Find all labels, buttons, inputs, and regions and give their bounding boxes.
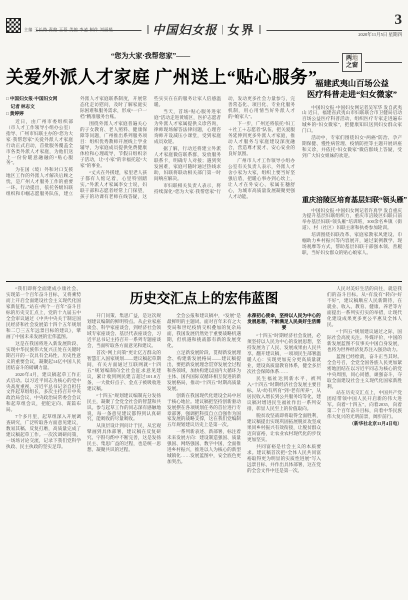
- issue-date: 2020年11月5日 星期四: [358, 32, 402, 38]
- paragraph: “十四五”规划建议编制充分发扬民主，凝聚了全党全社会的智慧和共识。参与起草工作的…: [87, 393, 161, 423]
- xinhua-credit: （新华社北京11月4日电）: [327, 421, 402, 427]
- masthead-brand: 中国妇女报: [152, 21, 217, 38]
- sidebar-column: 两地 之窗 福建武夷山百场公益 医疗科普走进“妇女微家” 中国妇女报·中国妇女网…: [302, 50, 402, 274]
- paragraph: 开门问策、集思广益，是这次规划建议编制的鲜明特点。从企业家座谈会、科学家座谈会，…: [87, 313, 161, 349]
- article-kicker: “您为大家·我帮您家”——: [6, 51, 295, 61]
- sidebar-article-2-title: 重庆涪陵区培育基层妇联“领头雁”: [302, 195, 402, 205]
- bottom-column-1: “我们即将全面建成小康社会、实现第一个百年奋斗目标，又将乘势而上开启全面建设社会…: [6, 286, 81, 598]
- label-line-right: [365, 62, 402, 63]
- page-header: 主编 王长路 责编 王蓓 美编 李凌 制作 刘丽媛 中国妇女报 | 女界 3 2…: [6, 13, 402, 45]
- paragraph: 当天，首场“贴心服务进家庭”活动走进黄埔区，医护志愿者为外派人才家属提供义诊咨询…: [154, 109, 221, 145]
- qr-code-icon: [6, 18, 21, 33]
- top-row: “您为大家·我帮您家”—— 关爱外派人才家庭 广州送上“贴心服务” □ 中国妇女…: [6, 50, 402, 274]
- masthead-divider: |: [221, 24, 223, 35]
- paragraph: 共同富裕是社会主义的本质要求。建议稿首次把“全体人民共同富裕取得更为明显的实质性…: [247, 444, 321, 474]
- masthead: 中国妇女报 | 女界: [141, 21, 266, 38]
- sidebar-article-2-body: 中国妇女报·中国妇女网记者许真学 发自重庆 为提升基层妇联组织力，重庆市涪陵区妇…: [302, 208, 402, 268]
- sidebar-label: 两地 之窗: [302, 53, 402, 72]
- paragraph: “十四五”规划建议通过之际，国际社会高度关注。外媒评价，中国的新发展蓝图不仅事关…: [327, 329, 402, 353]
- paragraph: 一系列新表述、新部署，标注着未来发展方向：建设制造强国、质量强国、网络强国、数字…: [167, 429, 241, 465]
- masthead-tick-right: [260, 25, 261, 34]
- sidebar-label-box: 两地 之窗: [342, 53, 362, 72]
- paragraph: “我们即将全面建成小康社会、实现第一个百年奋斗目标，又将乘势而上开启全面建设社会…: [6, 286, 81, 340]
- bottom-subhead: 永葆初心使命，坚持以人民为中心的发展思想，不断满足人民美好生活需要: [247, 313, 321, 331]
- paragraph: 立足新发展阶段、贯彻新发展理念、构建新发展格局——建议稿提出，要把新发展理念贯穿…: [167, 350, 241, 392]
- paragraph: 7个多月里，起草组深入开展调查研究，广泛听取各方面意见建议，数易其稿、反复打磨，…: [6, 414, 81, 450]
- sidebar-article-1-body: 中国妇女报·中国妇女网记者吴军华 发自武夷山 近日，福建省武夷山市妇联联合市卫健…: [302, 105, 402, 189]
- paragraph: 中国妇女报·中国妇女网记者许真学 发自重庆 为提升基层妇联组织力，重庆市涪陵区妇…: [302, 208, 402, 232]
- paragraph: □ 黄婷婷: [6, 111, 73, 117]
- paragraph: 培训围绕妇联改革、家庭家教家风建设、巾帼助力乡村振兴等内容展开，通过案例教学、现…: [302, 232, 402, 256]
- paragraph: 据了解，行动还将建立外派人才家庭微信联系群，发放服务联系卡，明确专人对接；遇到突…: [154, 146, 221, 182]
- main-article-body: □ 中国妇女报·中国妇女网 记者 林志文□ 黄婷婷 近日，由广州市委组织部（市人…: [6, 96, 295, 274]
- newspaper-page: 主编 王长路 责编 王蓓 美编 李凌 制作 刘丽媛 中国妇女报 | 女界 3 2…: [0, 0, 408, 600]
- paragraph: 蓝图已经绘就，奋斗正当其时。全会号召，全党全国各族人民更加紧密地团结在以习近平同…: [327, 354, 402, 390]
- bottom-column-4: 永葆初心使命，坚持以人民为中心的发展思想，不断满足人民美好生活需要 “十四五”时…: [247, 313, 321, 598]
- bottom-middle: 历史交汇点上的宏伟蓝图 开门问策、集思广益，是这次规划建议编制的鲜明特点。从企业…: [87, 286, 321, 598]
- label-row2: 之窗: [346, 63, 358, 69]
- paragraph: 中国妇女报·中国妇女网记者吴军华 发自武夷山 近日，福建省武夷山市妇联联合市卫健…: [302, 105, 402, 135]
- paragraph: 从顶层设计到问计于民，从宏观擘画到具体部署，建议稿在反复研究、字斟句酌中不断完善…: [87, 423, 161, 453]
- bottom-column-4-text: “十四五”时期经济社会发展，必须坚持以人民为中心的发展思想，坚持发展为了人民、发…: [247, 333, 321, 473]
- paragraph: 这是在我国将进入新发展阶段、实现中华民族伟大复兴正处在关键时期召开的一次具有全局…: [6, 341, 81, 371]
- paragraph: 人民对美好生活的向往，就是我们的奋斗目标。从“有没有”转向“好不好”，建议稿顺应…: [327, 286, 402, 328]
- bottom-article: “我们即将全面建成小康社会、实现第一个百年奋斗目标，又将乘势而上开启全面建设社会…: [6, 286, 402, 598]
- bottom-column-2: 开门问策、集思广益，是这次规划建议编制的鲜明特点。从企业家座谈会、科学家座谈会，…: [87, 313, 161, 598]
- article-byline: □ 中国妇女报·中国妇女网 记者 林志文□ 黄婷婷: [6, 96, 73, 117]
- paragraph: □ 中国妇女报·中国妇女网: [6, 96, 73, 102]
- paragraph: 近日，由广州市委组织部（市人才工作领导小组办公室）指导、广州市妇联主办的“您为大…: [6, 119, 73, 167]
- paragraph: 围绕外派人才家庭普遍关心的子女教育、老人照料、健康保障等问题，广州推出系列服务项…: [80, 121, 147, 169]
- main-headline: 关爱外派人才家庭 广州送上“贴心服务”: [6, 64, 295, 89]
- bottom-column-5: 人民对美好生活的向往，就是我们的奋斗目标。从“有没有”转向“好不好”，建议稿顺应…: [327, 286, 402, 598]
- label-line-left: [302, 62, 339, 63]
- paragraph: 2020年4月，建议稿起草工作正式启动。以习近平同志为核心的党中央高度重视，习近…: [6, 372, 81, 414]
- bottom-headline: 历史交汇点上的宏伟蓝图: [87, 287, 321, 307]
- bottom-middle-columns: 开门问策、集思广益，是这次规划建议编制的鲜明特点。从企业家座谈会、科学家座谈会，…: [87, 313, 321, 598]
- paragraph: 广州市人才工作领导小组办公室有关负责人表示，外派人才舍小家为大家，组织上要当好坚…: [228, 158, 295, 200]
- sidebar-article-1-title: 福建武夷山百场公益 医疗科普走进“妇女微家”: [302, 78, 402, 100]
- paragraph: 创新在我国现代化建设全局中居于核心地位。建议稿把坚持创新驱动发展摆在各项规划任务…: [167, 393, 241, 429]
- bottom-column-5-text: 人民对美好生活的向往，就是我们的奋斗目标。从“有没有”转向“好不好”，建议稿顺应…: [327, 286, 402, 420]
- paragraph: 活动中，专家们围绕妇女“两癌”防治、孕产期保健、慢性病管理、疫情防控等主题开展讲…: [302, 135, 402, 159]
- paragraph: 下一步，广州还将依托“妇工＋社工＋志愿者”队伍，把关爱服务延伸到更多外派人才家庭…: [228, 121, 295, 157]
- label-row1: 两地: [346, 56, 358, 62]
- page-number-block: 3 2020年11月5日 星期四: [358, 13, 402, 38]
- main-article: “您为大家·我帮您家”—— 关爱外派人才家庭 广州送上“贴心服务” □ 中国妇女…: [6, 50, 295, 274]
- paragraph: “十四五”时期经济社会发展，必须坚持以人民为中心的发展思想，坚持发展为了人民、发…: [247, 333, 321, 375]
- masthead-section: 女界: [228, 21, 256, 38]
- section-divider: [6, 281, 402, 282]
- paragraph: 民生福祉达到新水平，被列入“十四五”时期经济社会发展主要目标。从“幼有所育”到“…: [247, 376, 321, 412]
- paragraph: 脱贫攻坚战即将取得全面胜利，建议稿提出实现巩固拓展脱贫攻坚成果同乡村振兴有效衔接…: [247, 413, 321, 443]
- paragraph: 记者 林志文: [6, 104, 73, 110]
- masthead-tick-left: [147, 25, 148, 34]
- bottom-column-3: 全会公报和建议稿中，“发展”是最鲜明的主题词。面对百年未有之大变局和世纪疫情交织…: [167, 313, 241, 598]
- paragraph: 首次“网上问策”更让亿万群众的智慧汇入国家规划——建议稿起草期间，有关方面通过互…: [87, 350, 161, 392]
- paragraph: 站在历史交汇点上，中国共产党团结带领中国人民开启新的伟大进军。向着“十四五”，向…: [327, 390, 402, 420]
- page-number: 3: [358, 13, 402, 28]
- paragraph: 全会公报和建议稿中，“发展”是最鲜明的主题词。面对百年未有之大变局和世纪疫情交织…: [167, 313, 241, 349]
